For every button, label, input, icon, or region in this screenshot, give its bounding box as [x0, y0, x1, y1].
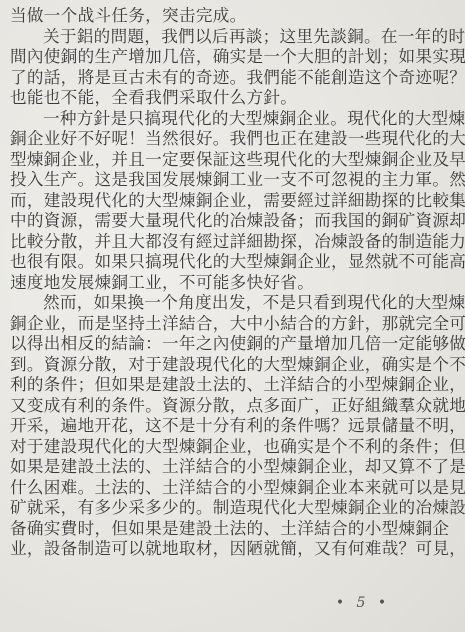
- text-line: 以得出相反的結論：一年之內使銅的产量增加几倍一定能够做: [10, 334, 446, 355]
- text-line: 一种方針是只搞現代化的大型煉銅企业。現代化的大型煉: [10, 109, 446, 130]
- text-line: 矿就采，有多少采多少的。制造現代化大型煉銅企业的冶煉設: [10, 498, 446, 519]
- page-number: • 5 •: [308, 595, 418, 611]
- text-line: 銅企业，而是坚持土洋結合，大中小結合的方針，那就完全可: [10, 314, 446, 335]
- text-line: 什么困难。土法的、土洋結合的小型煉銅企业本来就可以是見: [10, 478, 446, 499]
- page-body: 当做一个战斗任务，突击完成。关于鋁的問題，我們以后再談；这里先談銅。在一年的时間…: [10, 6, 446, 560]
- text-line: 也能也不能，全看我們采取什么方針。: [10, 88, 446, 109]
- text-line: 备确实費时，但如果是建設土法的、土洋結合的小型煉銅企: [10, 519, 446, 540]
- text-line: 关于鋁的問題，我們以后再談；这里先談銅。在一年的时: [10, 27, 446, 48]
- text-line: 如果是建設土法的、土洋結合的小型煉銅企业，却又算不了是: [10, 457, 446, 478]
- text-line: 投入生产。这是我国发展煉銅工业一支不可忽視的主力軍。然: [10, 170, 446, 191]
- text-line: 銅企业好不好呢！当然很好。我們也正在建設一些現代化的大: [10, 129, 446, 150]
- text-line: 型煉銅企业，并且一定要保証这些現代化的大型煉銅企业及早: [10, 150, 446, 171]
- text-line: 利的条件；但如果是建設土法的、土洋結合的小型煉銅企业，: [10, 375, 446, 396]
- text-line: 开采，遍地开花，这不是十分有利的条件嗎？远景儲量不明，: [10, 416, 446, 437]
- text-line: 当做一个战斗任务，突击完成。: [10, 6, 446, 27]
- text-line: 到。資源分散，对于建設現代化的大型煉銅企业，确实是个不: [10, 355, 446, 376]
- text-line: 速度地发展煉銅工业，不可能多快好省。: [10, 273, 446, 294]
- text-line: 中的資源，需要大量現代化的冶煉設备；而我国的銅矿資源却: [10, 211, 446, 232]
- text-line: 对于建設現代化的大型煉銅企业，也确实是个不利的条件；但: [10, 437, 446, 458]
- text-line: 比較分散，并且大都沒有經过詳細勘探，冶煉設备的制造能力: [10, 232, 446, 253]
- text-line: 間內使銅的生产增加几倍，确实是一个大胆的計划；如果实現: [10, 47, 446, 68]
- text-line: 业，設备制造可以就地取材，因陋就簡，又有何难哉？可見，: [10, 539, 446, 560]
- text-line: 然而，如果換一个角度出发，不是只看到現代化的大型煉: [10, 293, 446, 314]
- text-line: 也很有限。如果只搞現代化的大型煉銅企业，显然就不可能高: [10, 252, 446, 273]
- text-line: 而，建設現代化的大型煉銅企业，需要經过詳細勘探的比較集: [10, 191, 446, 212]
- text-line: 了的話，將是亘古未有的奇迹。我們能不能創造这个奇迹呢？: [10, 68, 446, 89]
- text-line: 又变成有利的条件。資源分散，点多面广，正好組織羣众就地: [10, 396, 446, 417]
